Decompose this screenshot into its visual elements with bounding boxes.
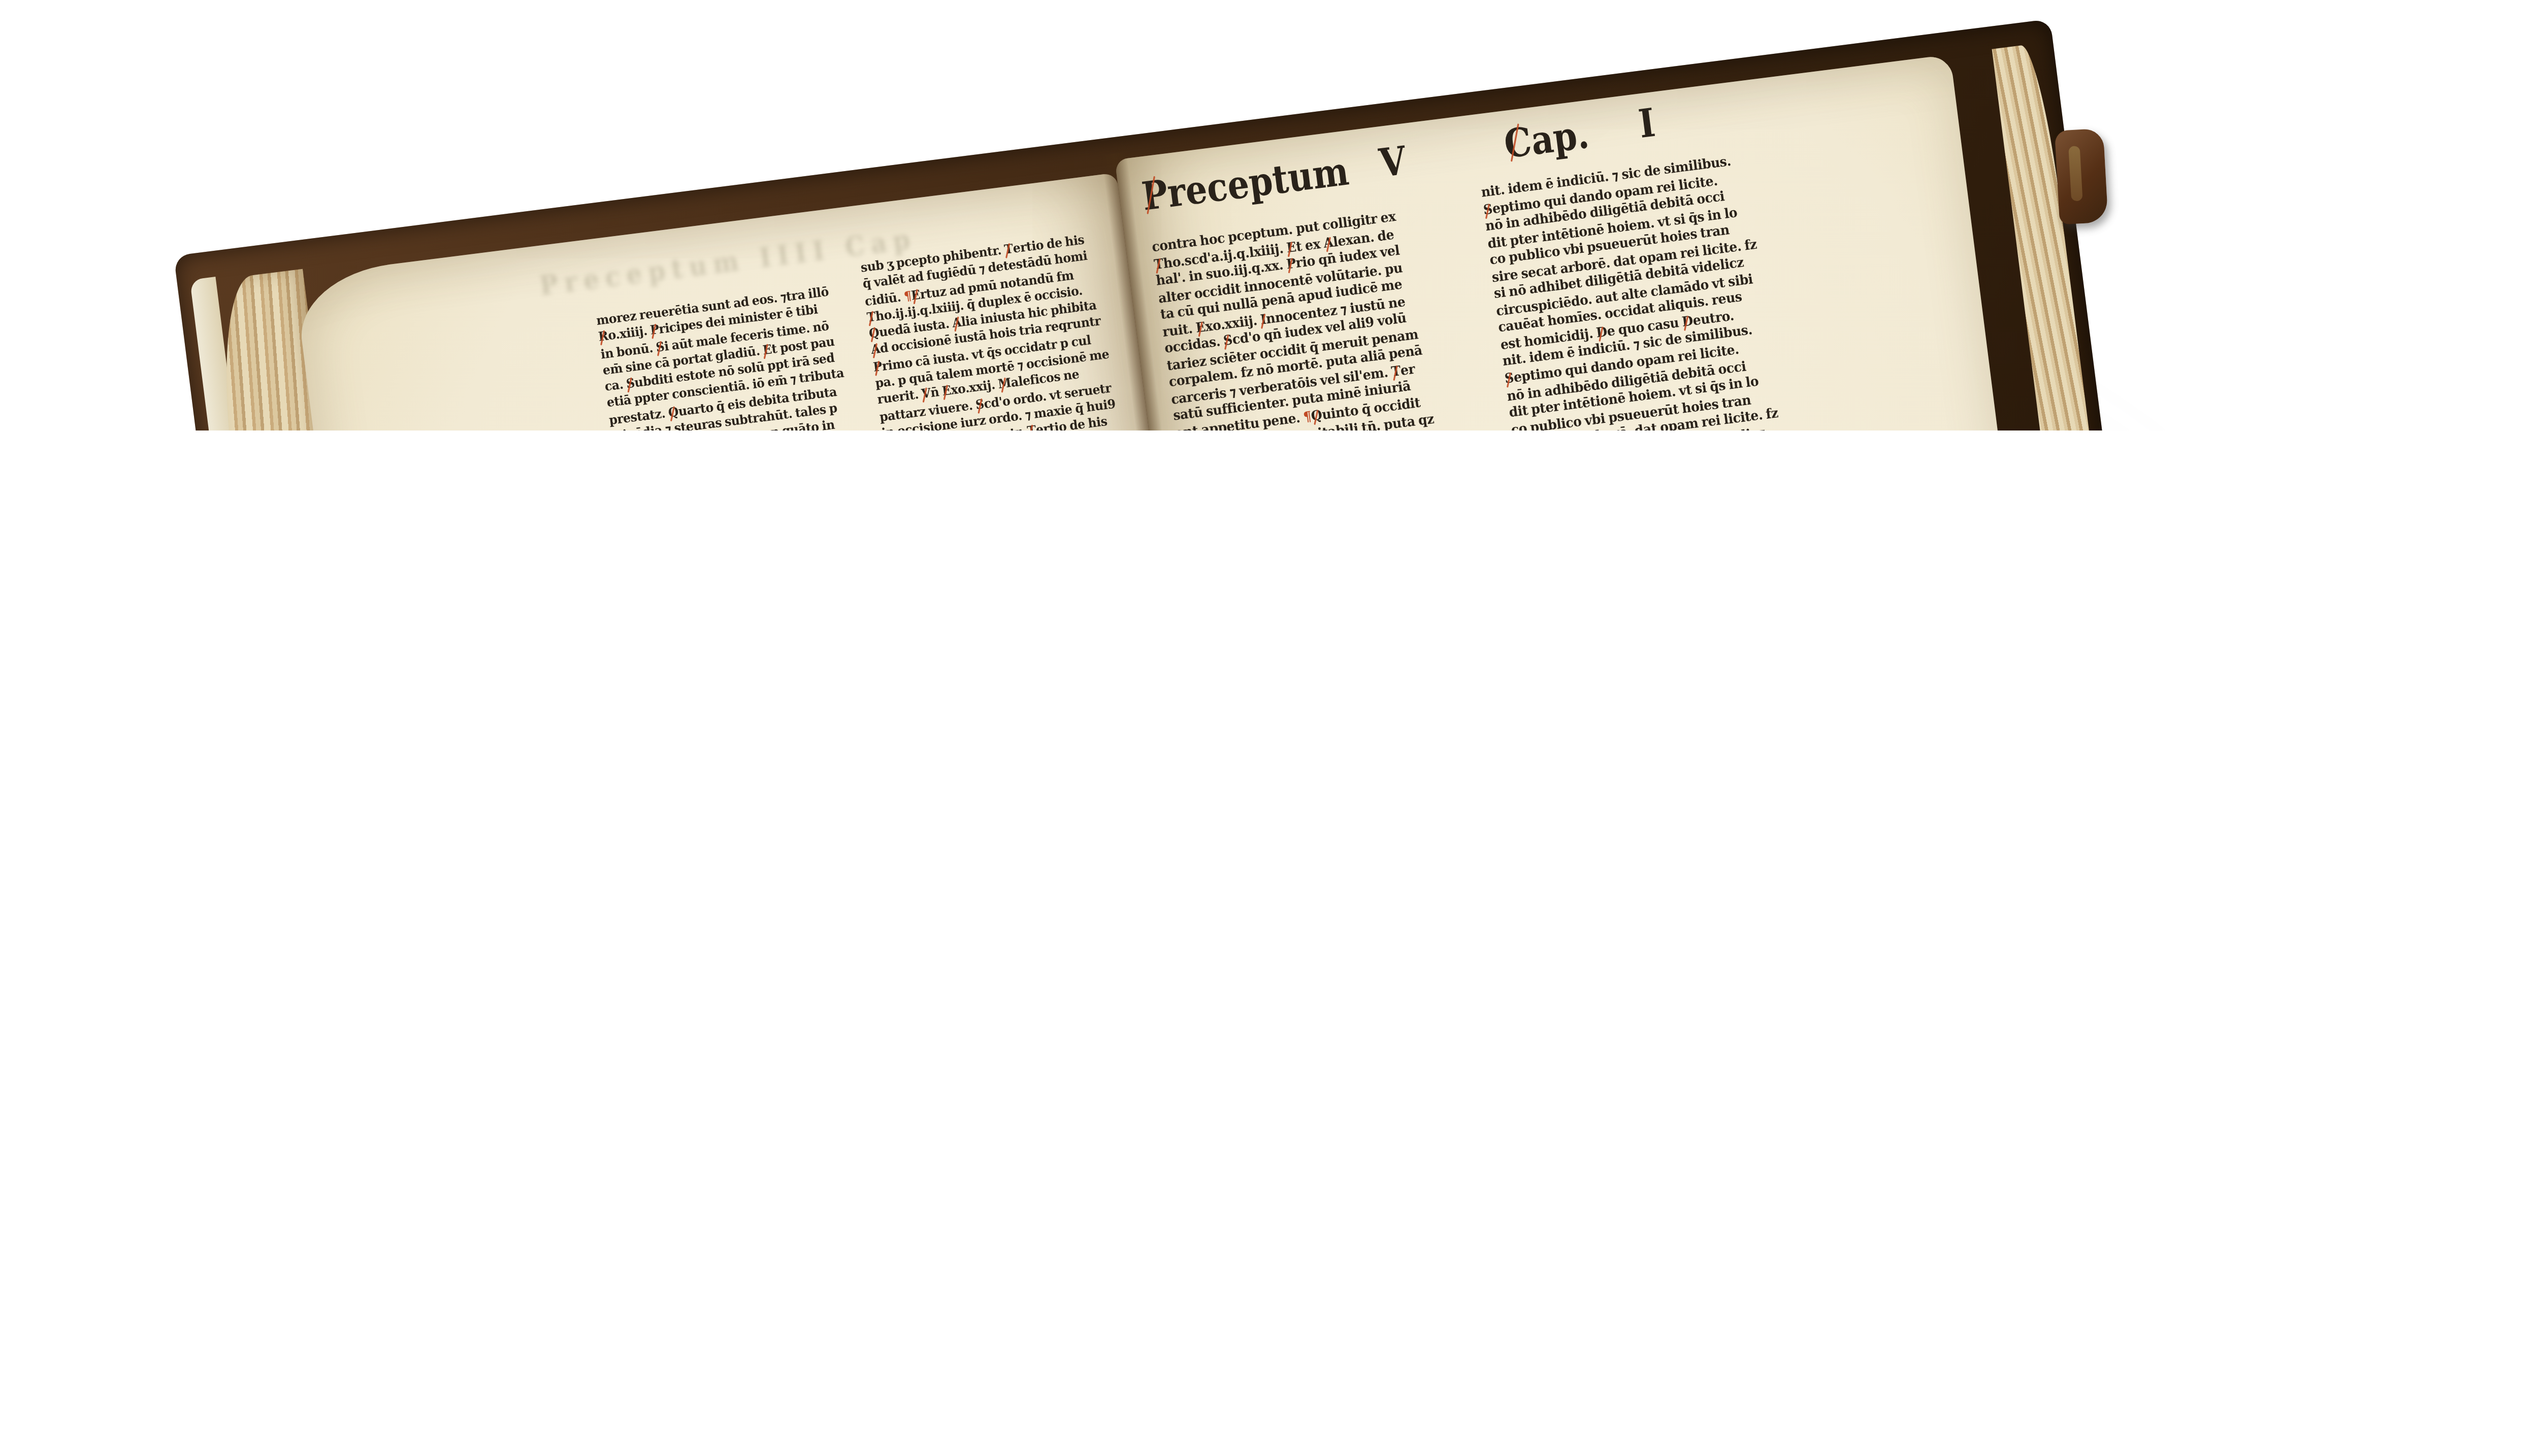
column-text: nit. idem ē indiciū. ⁊ sic de similibus.… — [1480, 147, 1862, 431]
running-header-precept-numeral: V — [1377, 137, 1409, 186]
right-page-column-b: nit. idem ē indiciū. ⁊ sic de similibus.… — [1480, 147, 1881, 431]
running-header-chapter-label: Cap. — [1502, 110, 1591, 167]
photo-stage: Preceptum IIII Cap morez reuerētia sunt … — [0, 0, 2539, 431]
running-header-title: Preceptum — [1140, 147, 1351, 219]
clasp-catch-plate — [2055, 128, 2108, 225]
open-book: Preceptum IIII Cap morez reuerētia sunt … — [202, 44, 2162, 431]
column-text: contra hoc pceptum. put colligitr exTho.… — [1151, 201, 1539, 431]
column-text: morez reuerētia sunt ad eos. ⁊tra illōRo… — [596, 283, 890, 431]
right-page: Preceptum V Cap. I contra hoc pceptum. p… — [1115, 54, 2072, 431]
running-header-chapter-numeral: I — [1636, 98, 1658, 147]
